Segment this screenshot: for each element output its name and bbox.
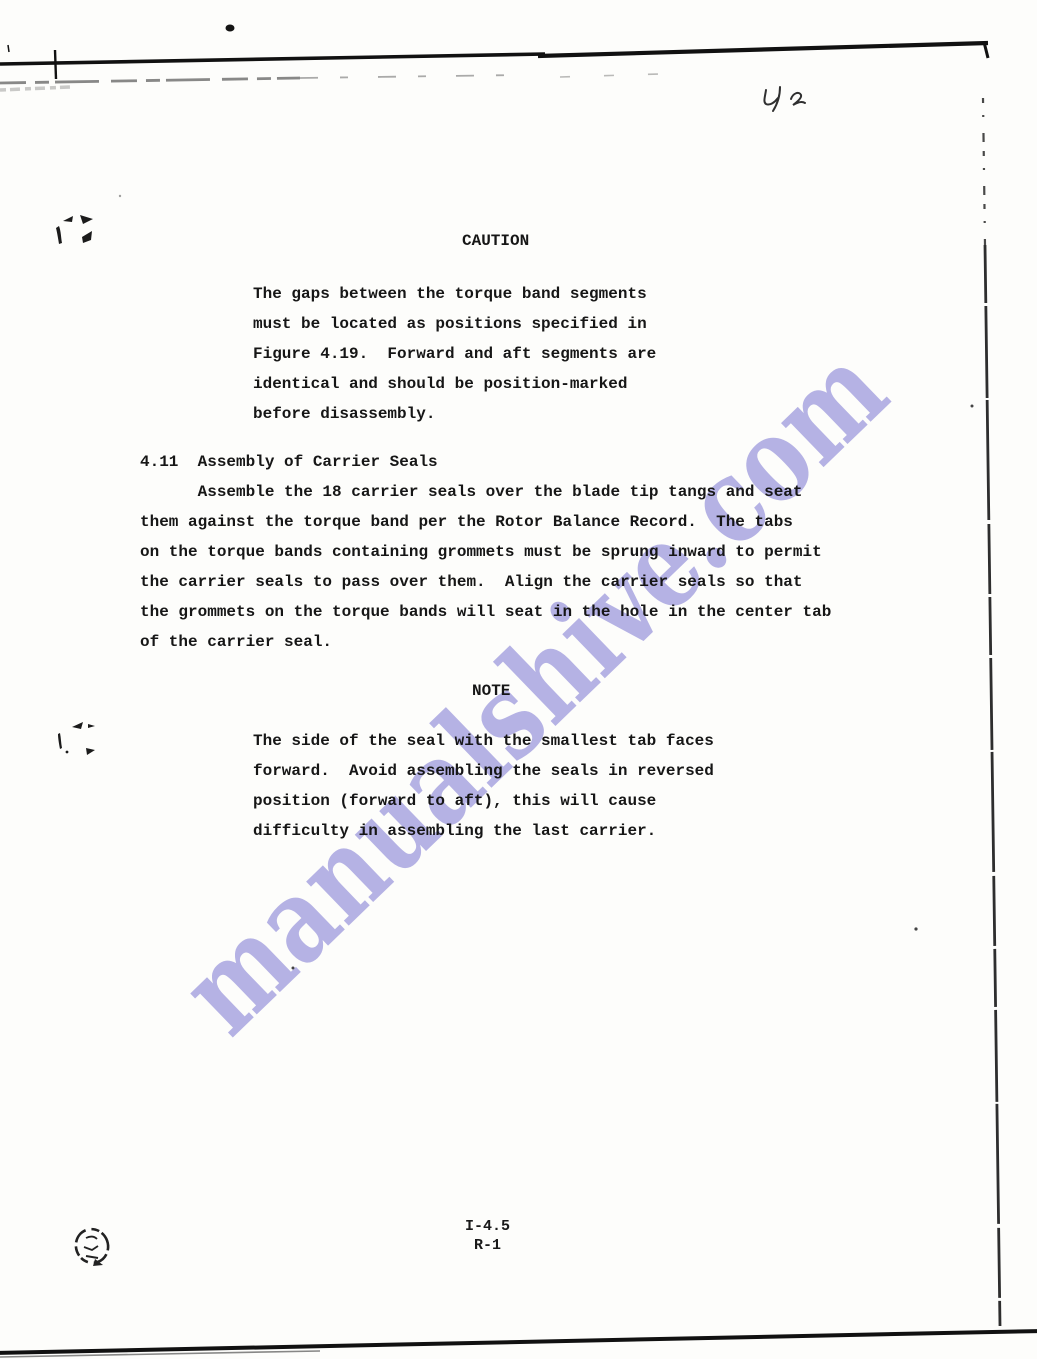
section-paragraph: Assemble the 18 carrier seals over the b… bbox=[140, 477, 831, 657]
note-heading: NOTE bbox=[472, 676, 510, 706]
stamp-mark-bottom-left bbox=[71, 1225, 113, 1268]
caution-heading: CAUTION bbox=[462, 226, 529, 256]
scan-artifacts-layer bbox=[0, 0, 1037, 1359]
note-paragraph: The side of the seal with the smallest t… bbox=[253, 726, 714, 846]
scanned-document-page: manualshive.com 42 CAUTION The gaps betw… bbox=[0, 0, 1037, 1359]
ink-mark-upper-left bbox=[56, 215, 93, 244]
bottom-horizontal-line bbox=[0, 1331, 1037, 1357]
handwritten-page-number: 42 bbox=[764, 84, 814, 116]
top-horizontal-line bbox=[0, 42, 988, 79]
ink-mark-mid-left bbox=[58, 722, 95, 755]
watermark: manualshive.com bbox=[153, 320, 912, 1060]
fuzzy-broken-line bbox=[0, 74, 660, 90]
section-heading: 4.11 Assembly of Carrier Seals bbox=[140, 447, 438, 477]
caution-paragraph: The gaps between the torque band segment… bbox=[253, 279, 656, 429]
right-vertical-line bbox=[983, 98, 1000, 1326]
ink-speck-top bbox=[226, 25, 235, 32]
footer-revision: R-1 bbox=[474, 1231, 501, 1261]
